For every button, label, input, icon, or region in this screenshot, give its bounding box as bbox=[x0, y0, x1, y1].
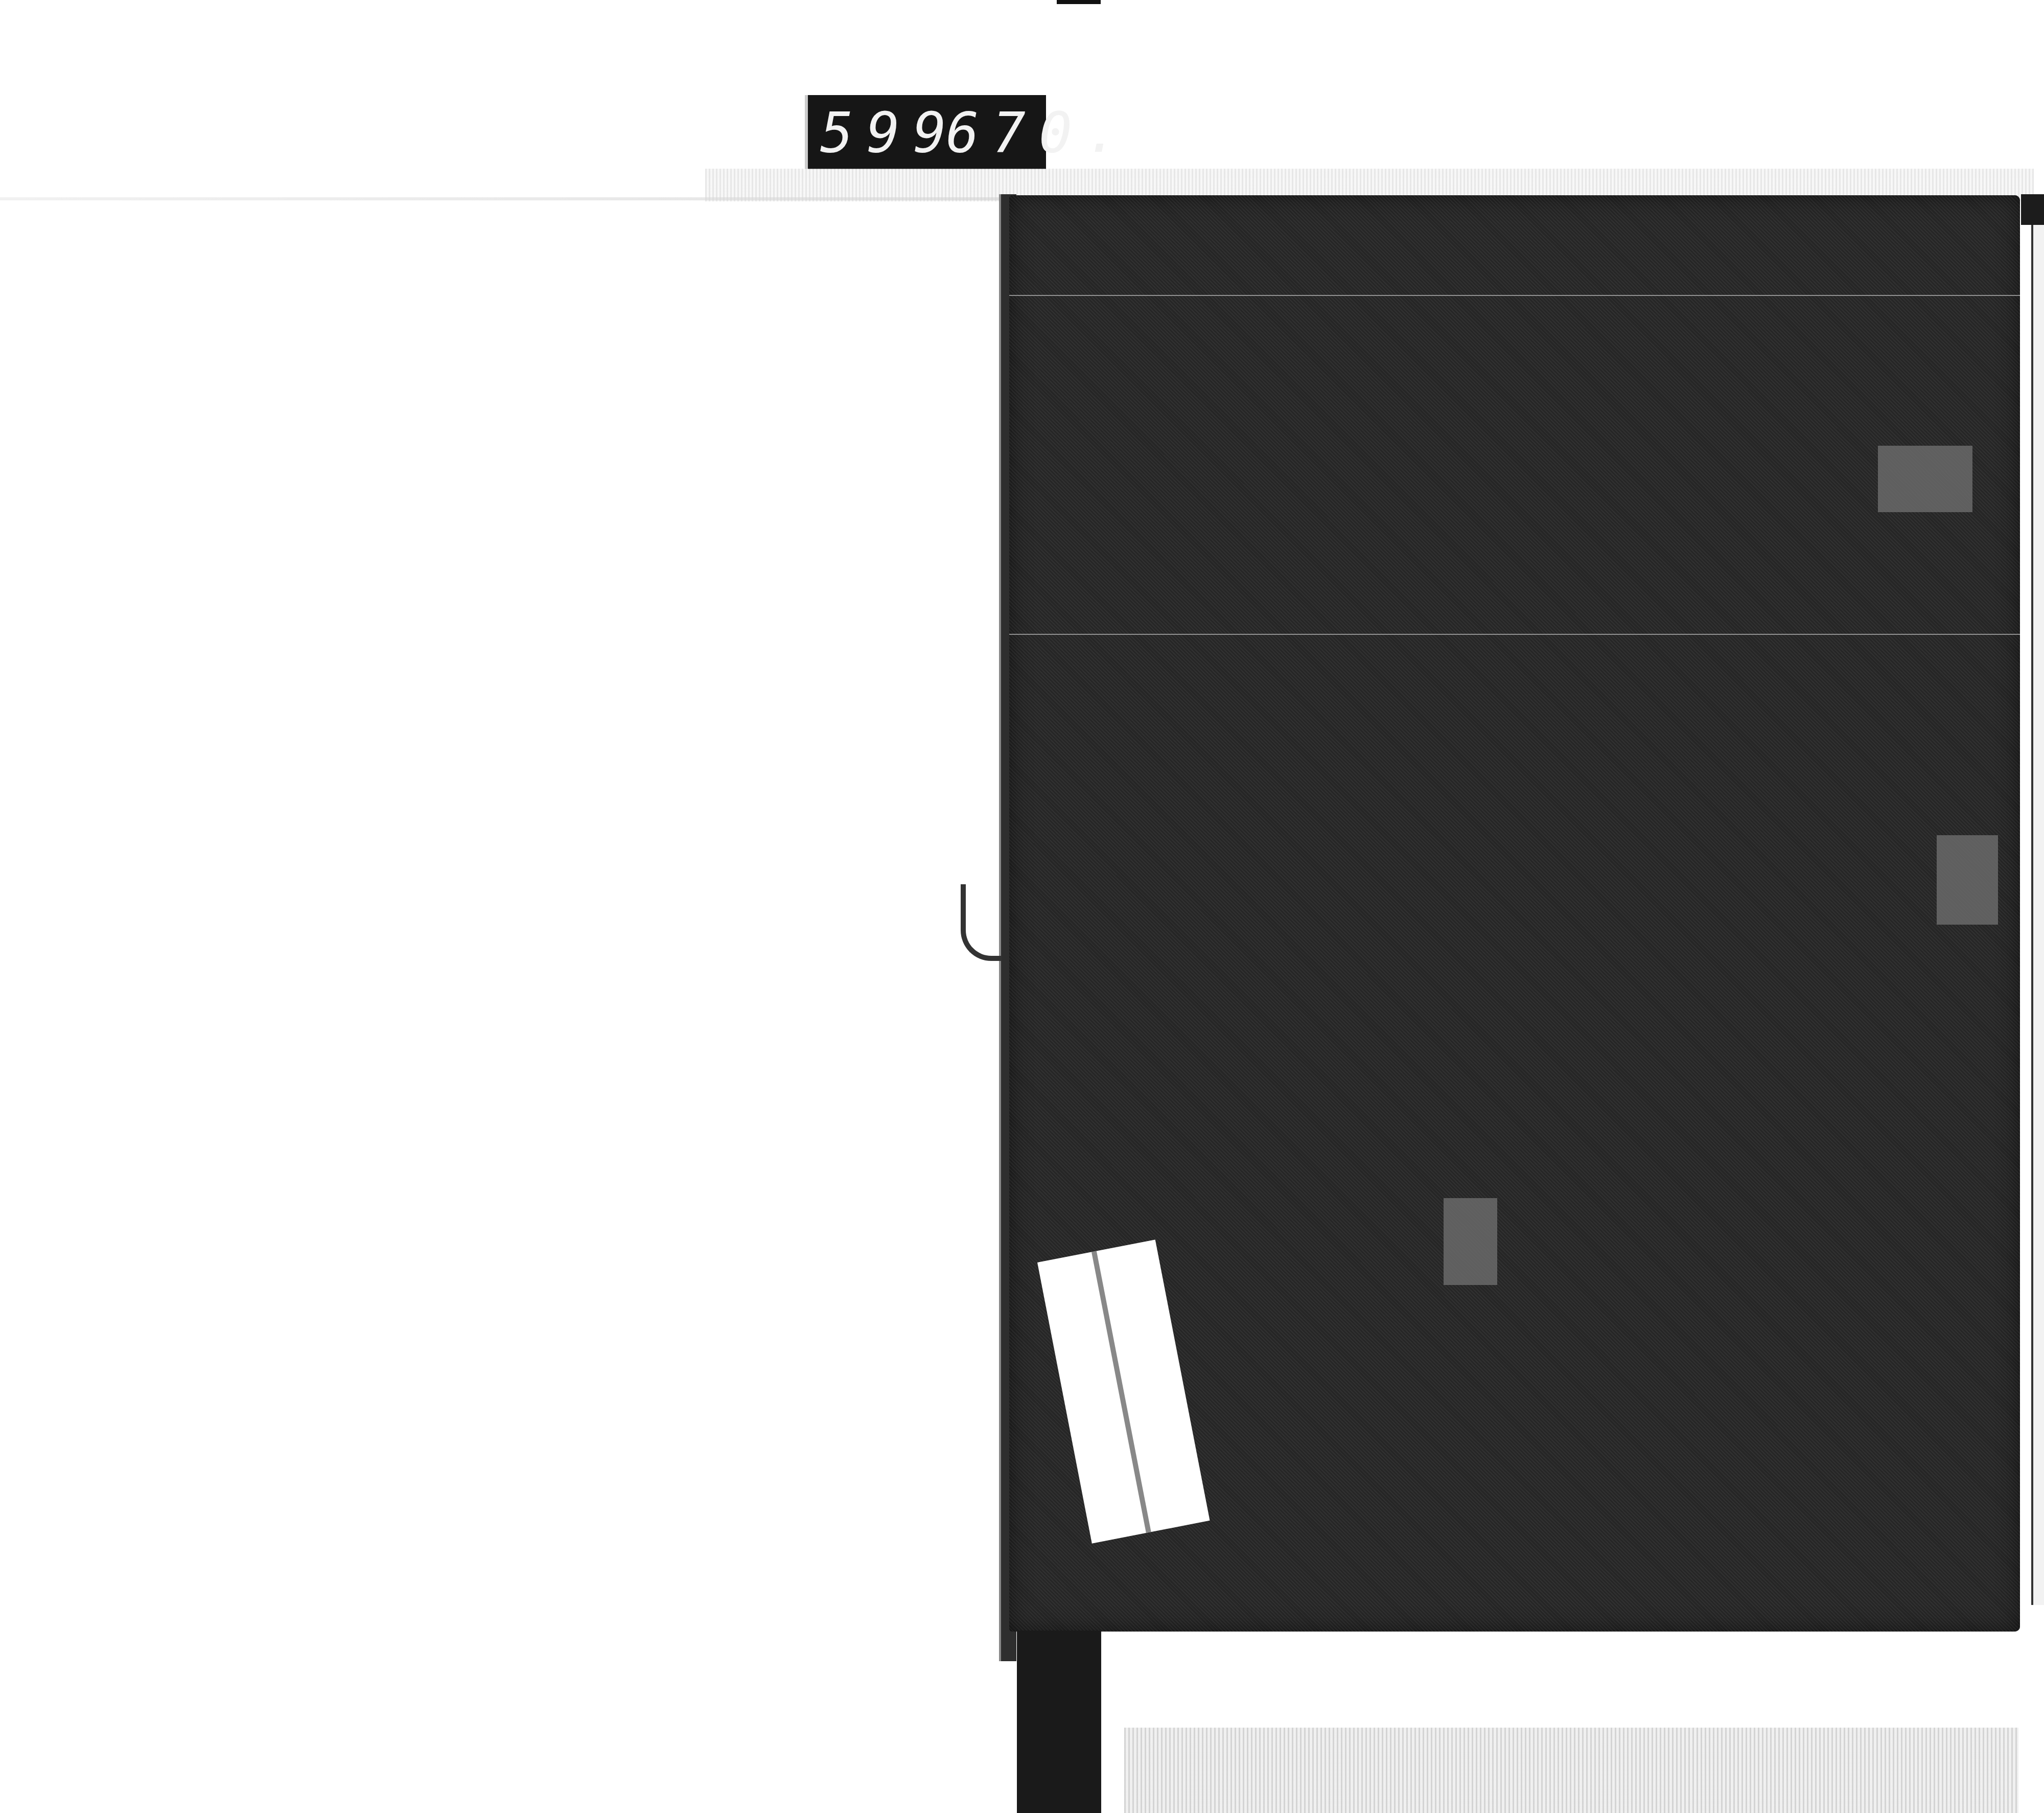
worn-patch bbox=[1444, 1198, 1497, 1285]
scan-line-1 bbox=[1009, 295, 2020, 296]
frame-counter-label: 599 670. bbox=[805, 95, 1046, 169]
scan-line-2 bbox=[1009, 634, 2020, 635]
bottom-scan-noise bbox=[1124, 1728, 2018, 1813]
label-crease bbox=[1091, 1251, 1151, 1533]
scan-edge-line bbox=[0, 197, 1022, 200]
top-edge-marker bbox=[1057, 0, 1101, 4]
right-edge-clip bbox=[2021, 194, 2044, 225]
counter-right-number: 670. bbox=[946, 101, 1132, 165]
binding-string bbox=[961, 884, 1002, 961]
worn-patch bbox=[1878, 446, 1972, 512]
counter-left-number: 599 bbox=[820, 101, 960, 165]
right-page-edge bbox=[2031, 225, 2044, 1605]
lower-spine-strip bbox=[1017, 1631, 1101, 1813]
worn-patch bbox=[1937, 835, 1998, 925]
